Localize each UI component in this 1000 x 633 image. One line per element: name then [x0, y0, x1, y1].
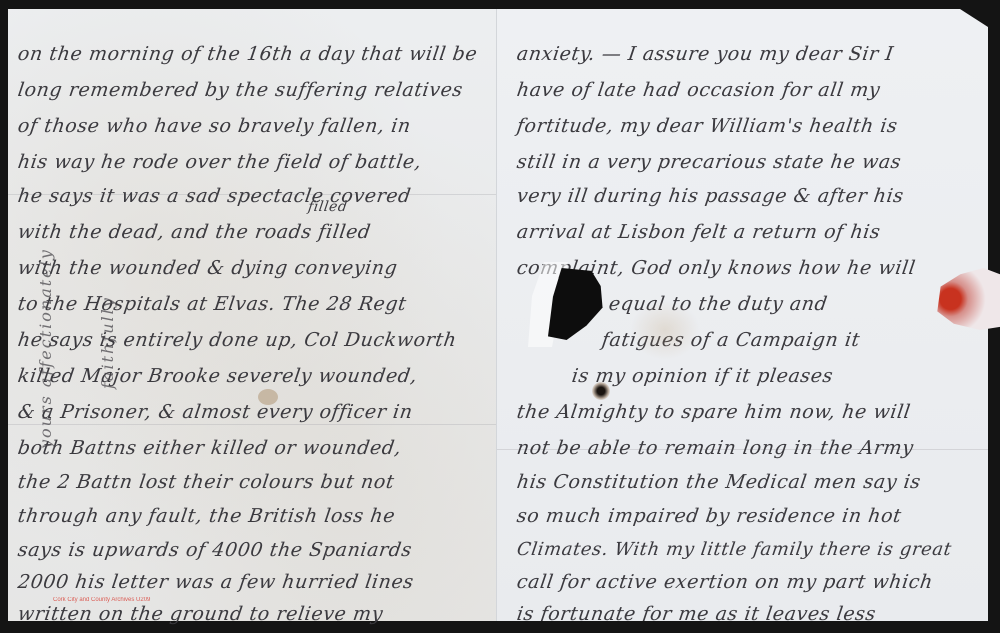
left-line-8: to the Hospitals at Elvas. The 28 Regt [16, 293, 408, 315]
left-line-2: long remembered by the suffering relativ… [16, 79, 464, 101]
left-line-12: both Battns either killed or wounded, [16, 437, 402, 459]
burn-mark [592, 382, 610, 400]
fold-line [8, 424, 497, 425]
cross-writing: faithfully [98, 296, 117, 389]
left-line-4: his way he rode over the field of battle… [16, 151, 423, 173]
right-line-12: not be able to remain long in the Army [515, 437, 915, 459]
left-line-15: says is upwards of 4000 the Spaniards [16, 539, 413, 561]
right-line-17: is fortunate for me as it leaves less [515, 603, 877, 625]
left-line-11: & a Prisoner, & almost every officer in [16, 401, 414, 423]
right-line-14: so much impaired by residence in hot [515, 505, 903, 527]
water-stain [630, 300, 700, 360]
right-line-5: very ill during his passage & after his [515, 185, 905, 207]
left-line-7: with the wounded & dying conveying [16, 257, 399, 279]
left-line-1: on the morning of the 16th a day that wi… [16, 43, 478, 65]
left-line-5: he says it was a sad spectacle covered [16, 185, 412, 207]
right-line-15: Climates. With my little family there is… [516, 539, 954, 560]
right-line-16: call for active exertion on my part whic… [515, 571, 934, 593]
right-line-6: arrival at Lisbon felt a return of his [515, 221, 881, 243]
letter-sheet: on the morning of the 16th a day that wi… [8, 9, 988, 621]
left-line-9: he says is entirely done up, Col Duckwor… [16, 329, 458, 351]
right-line-3: fortitude, my dear William's health is [515, 115, 899, 137]
left-line-13: the 2 Battn lost their colours but not [16, 471, 395, 493]
inserted-word: filled [307, 199, 349, 215]
cross-writing: yours affectionately [36, 248, 55, 449]
left-line-17: written on the ground to relieve my [16, 603, 384, 625]
right-line-1: anxiety. — I assure you my dear Sir I [515, 43, 895, 65]
archive-watermark: Cork City and County Archives U209 [53, 597, 150, 603]
right-line-13: his Constitution the Medical men say is [515, 471, 922, 493]
right-line-10: is my opinion if it pleases [570, 365, 834, 387]
left-line-16: 2000 his letter was a few hurried lines [16, 571, 415, 593]
left-line-6: with the dead, and the roads filled [16, 221, 372, 243]
right-line-11: the Almighty to spare him now, he will [515, 401, 912, 423]
left-page: on the morning of the 16th a day that wi… [8, 9, 497, 621]
left-line-10: killed Major Brooke severely wounded, [16, 365, 418, 387]
right-line-4: still in a very precarious state he was [515, 151, 902, 173]
right-line-2: have of late had occasion for all my [515, 79, 881, 101]
left-line-3: of those who have so bravely fallen, in [16, 115, 412, 137]
left-line-14: through any fault, the British loss he [16, 505, 396, 527]
